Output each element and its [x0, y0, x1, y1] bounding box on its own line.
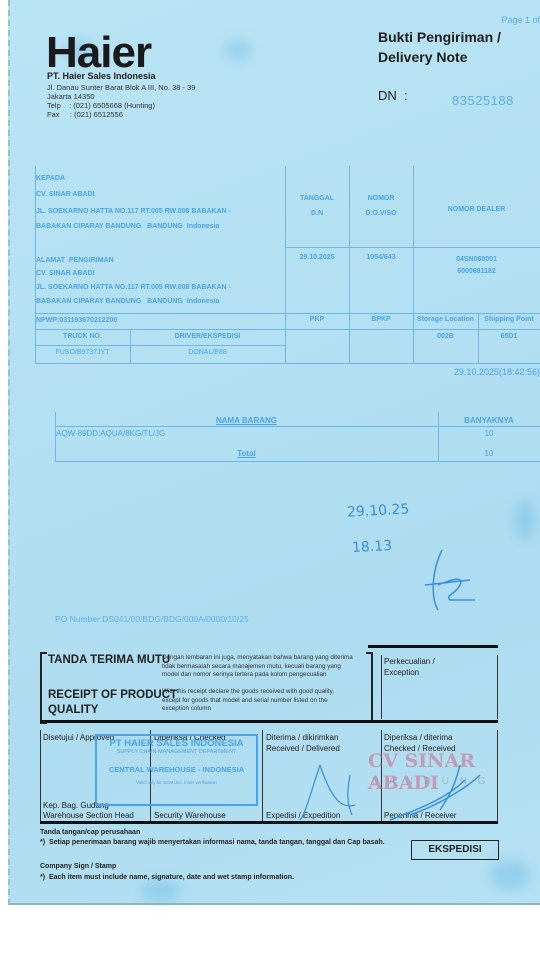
- nomor-header: NOMOR D.O.V/SO: [349, 191, 413, 221]
- kepada-label: KEPADA: [36, 174, 65, 184]
- truck-header: TRUCK NO.: [35, 333, 130, 340]
- total-label: Total: [55, 449, 438, 458]
- dealer-value-line2: 6000681182: [413, 266, 540, 278]
- sign-label-id: Tanda tangan/cap perusahaan: [40, 829, 140, 836]
- quality-text-en-line: With this receipt declare the goods rece…: [162, 688, 362, 697]
- dn-label: DN :: [378, 88, 408, 103]
- company-phone: Telp : (021) 6505668 (Hunting): [47, 101, 155, 110]
- quality-text-en: With this receipt declare the goods rece…: [162, 688, 362, 714]
- quality-text-en-line: except for goods that model and serial n…: [162, 697, 362, 706]
- stamp-line: SUPPLY CHAIN MANAGEMENT DEPARTMENT: [97, 749, 256, 755]
- dn-number: 83525188: [452, 93, 514, 108]
- truck-value: FUSO/B9737JYT: [35, 349, 130, 356]
- stamp-line: PT HAIER SALES INDONESIA: [97, 738, 256, 749]
- shipping-address-line2: BABAKAN CIPARAY BANDUNG BANDUNG Indonesi…: [36, 297, 219, 307]
- driver-header: DRIVER/EKSPEDISI: [130, 333, 285, 340]
- stamp-line: Valid only for SCM doc. inner verificati…: [97, 780, 256, 785]
- dealer-value-line1: 04SN060001: [413, 254, 540, 266]
- received-label-id: Diperiksa / diterima: [384, 732, 456, 743]
- company-fax: Fax : (021) 6512556: [47, 110, 123, 119]
- note-id: *) Setiap penerimaan barang wajib menyer…: [40, 839, 385, 846]
- shipping-address-label: ALAMAT PENGIRIMAN: [36, 256, 114, 266]
- tanggal-value: 29.10.2025: [285, 254, 349, 261]
- item-qty: 10: [438, 429, 540, 438]
- sign-label-en: Company Sign / Stamp: [40, 863, 116, 870]
- quality-title-id: TANDA TERIMA MUTU: [48, 654, 170, 666]
- item-qty-header: BANYAKNYA: [438, 416, 540, 425]
- po-number: PO Number:DS041/00/BDG/BDG/000A/0000/10/…: [55, 614, 249, 624]
- receiver-signatures-icon: [290, 755, 490, 825]
- recipient-address-line2: BABAKAN CIPARAY BANDUNG BANDUNG Indonesi…: [36, 222, 219, 232]
- delivered-label-id: Diterima / dikirimkan: [266, 732, 340, 743]
- title-line-id: Bukti Pengiriman /: [378, 27, 501, 47]
- company-name: PT. Haier Sales Indonesia: [47, 71, 156, 81]
- tanggal-header-line1: TANGGAL: [285, 191, 349, 206]
- quality-text-id-line: Dengan lembaran ini juga, menyatakan bah…: [162, 654, 362, 663]
- recipient-name: CV. SINAR ABADI: [36, 190, 95, 200]
- quality-title-en-line2: QUALITY: [48, 703, 177, 718]
- handwritten-signature-icon: [420, 545, 480, 615]
- stamp-line: CENTRAL WAREHOUSE - INDONESIA: [97, 765, 256, 774]
- print-timestamp: 29.10.2025(18:42:56): [454, 367, 540, 377]
- shipping-address-line1: JL. SOEKARNO HATTA NO.117 RT.005 RW.008 …: [36, 283, 231, 293]
- haier-warehouse-stamp: PT HAIER SALES INDONESIA SUPPLY CHAIN MA…: [95, 734, 258, 806]
- quality-text-en-line: exception column: [162, 705, 362, 714]
- nomor-value: 1054/643: [349, 254, 413, 261]
- exception-label-line1: Perkecualian /: [384, 656, 435, 667]
- tanggal-header: TANGGAL D.N: [285, 191, 349, 221]
- shipping-point-value: 65D1: [478, 333, 540, 340]
- item-name-header: NAMA BARANG: [55, 416, 438, 425]
- storage-location-header: Storage Location: [413, 316, 478, 323]
- document-title: Bukti Pengiriman / Delivery Note: [378, 27, 501, 67]
- driver-value: DONAL/E88: [130, 349, 285, 356]
- shipping-name: CV. SINAR ABADI: [36, 269, 95, 279]
- dealer-value: 04SN060001 6000681182: [413, 254, 540, 278]
- quality-text-id: Dengan lembaran ini juga, menyatakan bah…: [162, 654, 362, 680]
- pkp-header: PKP: [285, 316, 349, 323]
- quality-text-id-line: tidak bermasalah secara manajemen mutu, …: [162, 663, 362, 672]
- page-indicator: Page 1 of: [501, 15, 540, 25]
- delivered-label-en: Received / Delivered: [266, 743, 340, 754]
- npwp: NPWP:031193670212200: [36, 316, 117, 326]
- note-en: *) Each item must include name, signatur…: [40, 874, 294, 881]
- shipping-point-header: Shipping Point: [478, 316, 540, 323]
- title-line-en: Delivery Note: [378, 47, 501, 67]
- company-address-line: Jakarta 14350: [47, 92, 95, 101]
- copy-label-ekspedisi: EKSPEDISI: [411, 840, 499, 860]
- quality-text-id-line: model dan nomor serinya tertera pada kol…: [162, 671, 362, 680]
- nomor-header-line2: D.O.V/SO: [349, 206, 413, 221]
- checker-role: Security Warehouse: [154, 810, 226, 821]
- delivered-label: Diterima / dikirimkan Received / Deliver…: [266, 732, 340, 754]
- dealer-header: NOMOR DEALER: [413, 206, 540, 213]
- handwritten-time: 18.13: [352, 538, 393, 556]
- item-name: AQW-89DD:AQUA/8KG/TL/JG: [56, 429, 165, 438]
- exception-label-line2: Exception: [384, 667, 435, 678]
- approver-role-en: Warehouse Section Head: [43, 810, 134, 821]
- nomor-header-line1: NOMOR: [349, 191, 413, 206]
- storage-location-value: 002B: [413, 333, 478, 340]
- tanggal-header-line2: D.N: [285, 206, 349, 221]
- company-address-line: Jl. Danau Sunter Barat Blok A III, No. 3…: [47, 83, 195, 92]
- bpkp-header: BPKP: [349, 316, 413, 323]
- quality-title-en-line1: RECEIPT OF PRODUCT: [48, 688, 177, 703]
- recipient-address-line1: JL. SOEKARNO HATTA NO.117 RT.005 RW.008 …: [36, 207, 231, 217]
- handwritten-date: 29.10.25: [347, 501, 410, 520]
- quality-title-en: RECEIPT OF PRODUCT QUALITY: [48, 688, 177, 718]
- exception-label: Perkecualian / Exception: [384, 656, 435, 678]
- total-qty: 10: [438, 449, 540, 458]
